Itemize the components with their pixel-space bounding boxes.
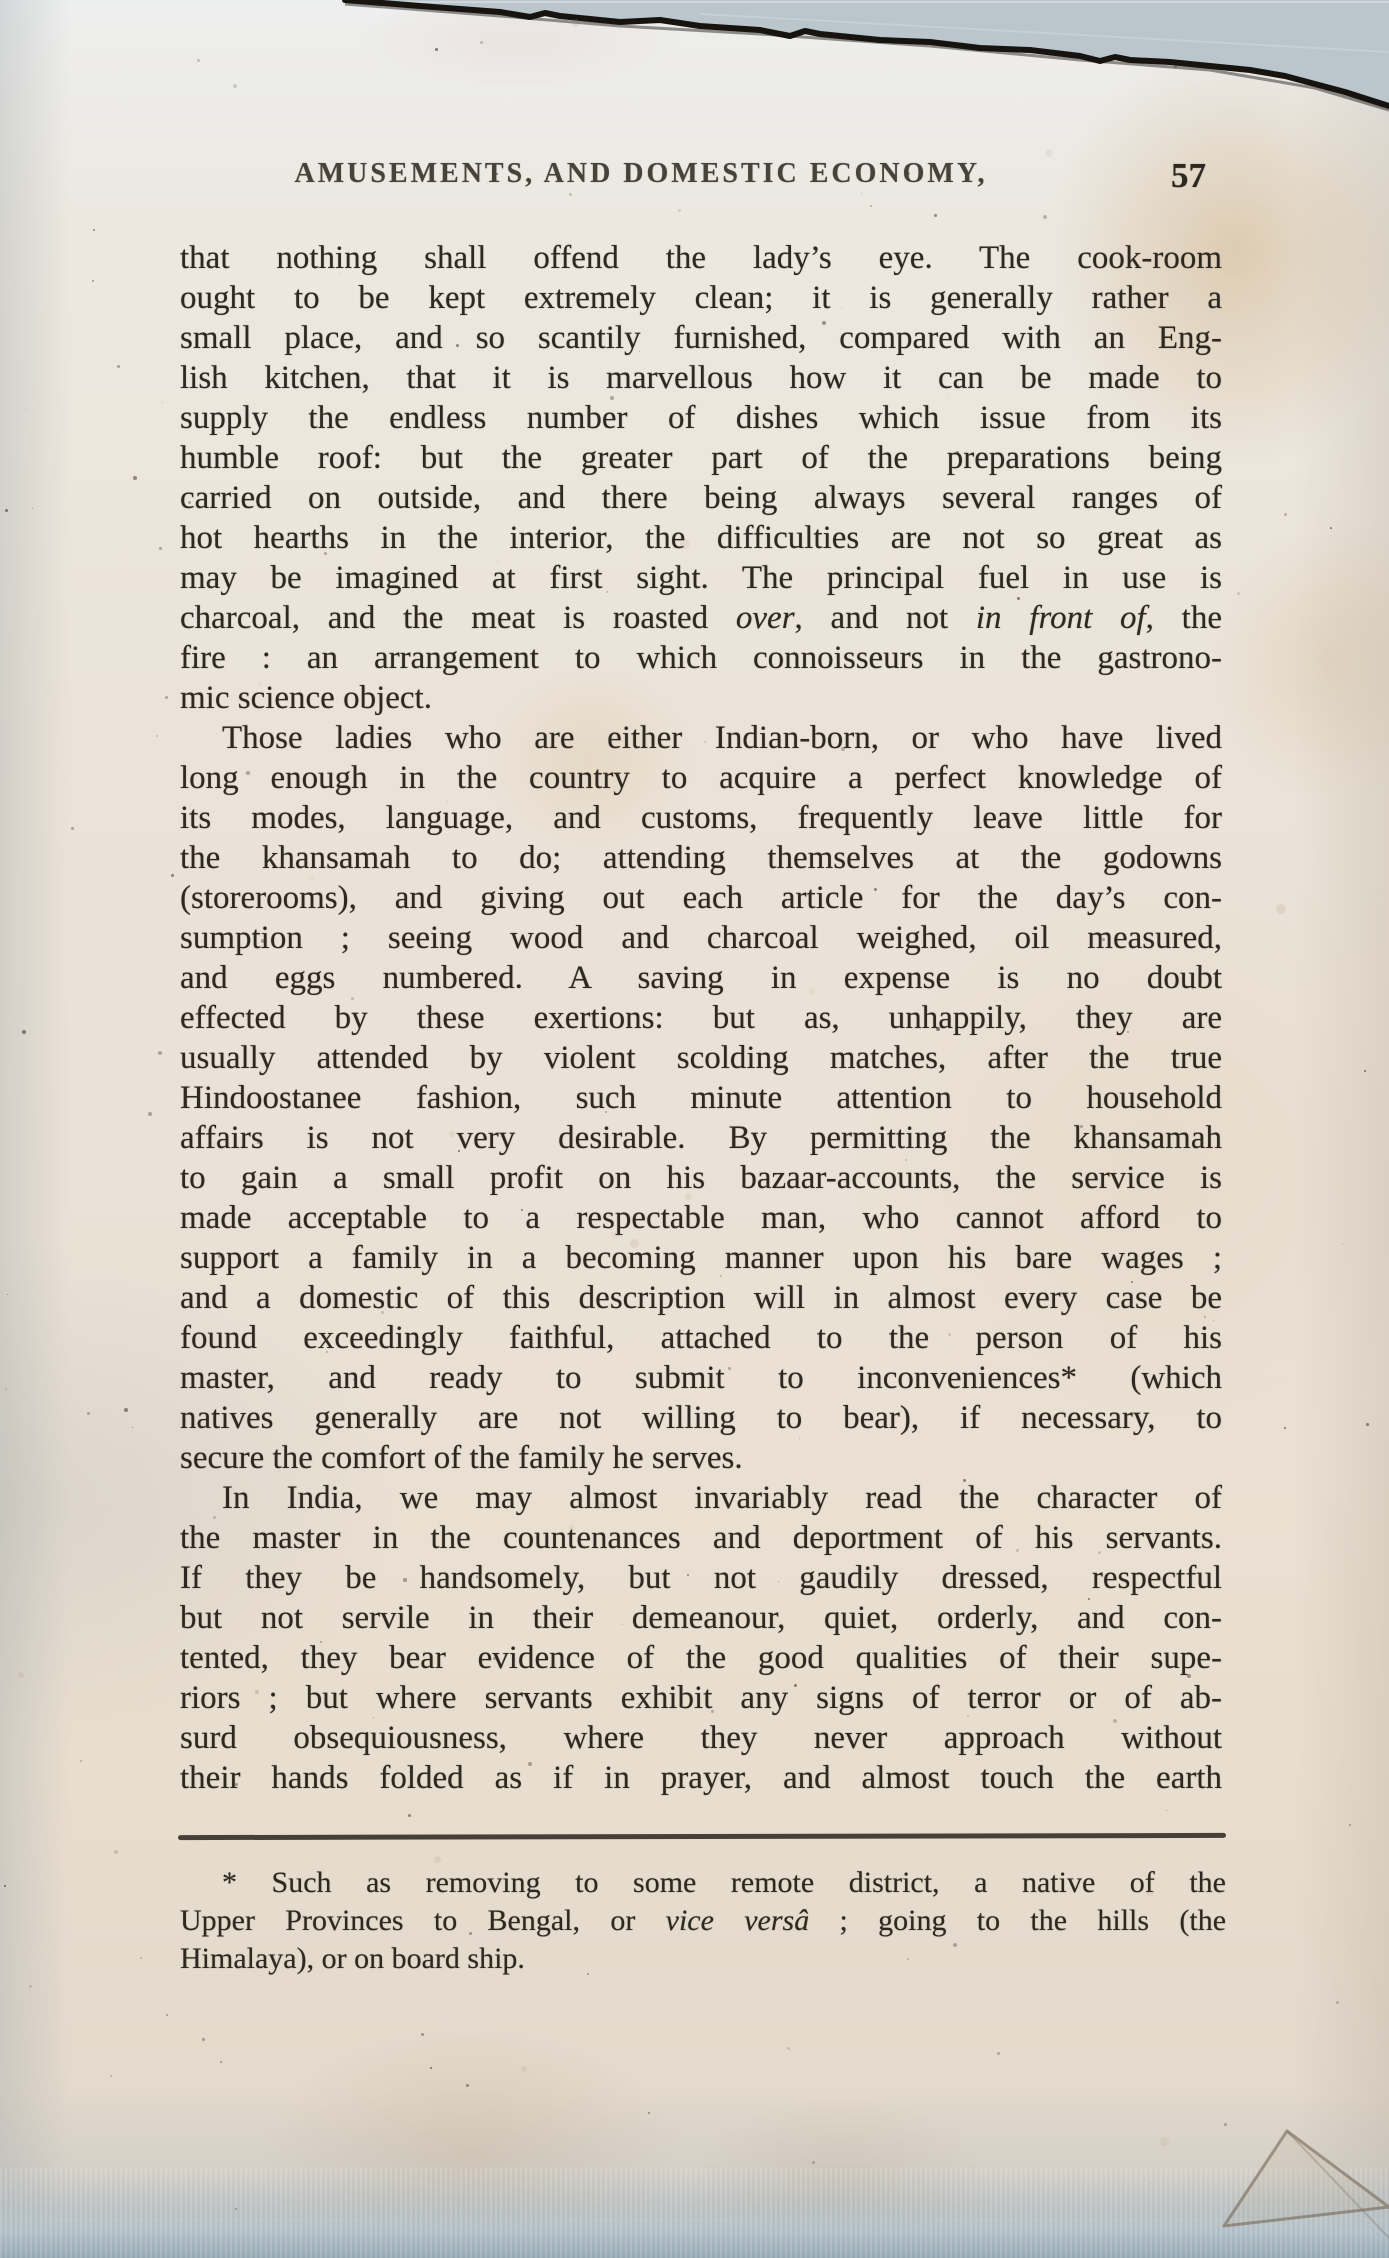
text-line: the master in the countenances and depor… — [180, 1518, 1222, 1558]
text-line: ought to be kept extremely clean; it is … — [180, 278, 1222, 318]
speck — [1174, 65, 1177, 68]
speck — [80, 1760, 82, 1762]
book-cloth-bottom — [0, 2168, 1389, 2258]
speck — [1349, 1824, 1351, 1826]
speck — [787, 2047, 790, 2050]
text-line: their hands folded as if in prayer, and … — [180, 1758, 1222, 1798]
speck — [117, 365, 120, 368]
paragraph-1: that nothing shall offend the lady’s eye… — [180, 238, 1222, 718]
speck — [408, 1814, 411, 1817]
speck — [1092, 55, 1093, 56]
speck — [430, 2067, 432, 2069]
text-line: If they be handsomely, but not gaudily d… — [180, 1558, 1222, 1598]
text-line: tented, they bear evidence of the good q… — [180, 1638, 1222, 1678]
speck — [466, 2084, 469, 2087]
speck — [1043, 215, 1047, 219]
speck — [5, 509, 8, 512]
speck — [124, 1408, 128, 1412]
speck — [220, 2061, 222, 2063]
speck — [71, 827, 74, 830]
text-line: fire : an arrangement to which connoisse… — [180, 638, 1222, 678]
text-line: usually attended by violent scolding mat… — [180, 1038, 1222, 1078]
text-line: natives generally are not willing to bea… — [180, 1398, 1222, 1438]
footnote-rule — [178, 1833, 1226, 1840]
speck — [202, 2038, 205, 2041]
speck — [1366, 1423, 1369, 1426]
speck — [132, 1427, 133, 1428]
speck — [166, 2014, 168, 2016]
text-line: but not servile in their demeanour, quie… — [180, 1598, 1222, 1638]
text-line: secure the comfort of the family he serv… — [180, 1438, 1222, 1478]
text-line: riors ; but where servants exhibit any s… — [180, 1678, 1222, 1718]
speck — [521, 2066, 527, 2072]
text-line: and eggs numbered. A saving in expense i… — [180, 958, 1222, 998]
speck — [572, 19, 580, 27]
paragraph-2: Those ladies who are either Indian-born,… — [180, 718, 1222, 1478]
text-line: affairs is not very desirable. By permit… — [180, 1118, 1222, 1158]
speck — [171, 874, 174, 877]
speck — [1045, 149, 1053, 157]
speck — [1284, 1427, 1286, 1429]
speck — [233, 84, 237, 88]
running-head: AMUSEMENTS, AND DOMESTIC ECONOMY, 57 — [180, 158, 1222, 202]
speck — [29, 1985, 32, 1988]
speck — [1276, 904, 1286, 914]
text-line: the khansamah to do; attending themselve… — [180, 838, 1222, 878]
speck — [435, 48, 438, 51]
text-line: In India, we may almost invariably read … — [180, 1478, 1222, 1518]
text-line: supply the endless number of dishes whic… — [180, 398, 1222, 438]
speck — [7, 1294, 8, 1295]
text-line: may be imagined at first sight. The prin… — [180, 558, 1222, 598]
speck — [1237, 592, 1240, 595]
text-line: sumption ; seeing wood and charcoal weig… — [180, 918, 1222, 958]
text-line: found exceedingly faithful, attached to … — [180, 1318, 1222, 1358]
speck — [110, 2075, 112, 2077]
speck — [434, 1856, 441, 1863]
text-line: made acceptable to a respectable man, wh… — [180, 1198, 1222, 1238]
page-number: 57 — [1171, 156, 1206, 196]
text-line: * Such as removing to some remote distri… — [180, 1864, 1226, 1902]
speck — [1364, 1070, 1366, 1072]
torn-edge-line — [345, 0, 1389, 106]
speck — [934, 214, 937, 217]
text-line: humble roof: but the greater part of the… — [180, 438, 1222, 478]
speck — [1330, 527, 1332, 529]
speck — [32, 508, 33, 509]
speck — [159, 547, 162, 550]
speck — [1166, 1810, 1167, 1811]
text-line: Hindoostanee fashion, such minute attent… — [180, 1078, 1222, 1118]
text-line: master, and ready to submit to inconveni… — [180, 1358, 1222, 1398]
speck — [870, 205, 872, 207]
speck — [133, 476, 137, 480]
text-line: (storerooms), and giving out each articl… — [180, 878, 1222, 918]
text-line: Those ladies who are either Indian-born,… — [180, 718, 1222, 758]
speck — [25, 409, 26, 410]
speck — [1342, 1243, 1343, 1244]
speck — [678, 209, 681, 212]
speck — [140, 1957, 142, 1959]
speck — [1284, 513, 1287, 516]
text-line: lish kitchen, that it is marvellous how … — [180, 358, 1222, 398]
speck — [93, 229, 95, 231]
speck — [92, 280, 94, 282]
text-line: that nothing shall offend the lady’s eye… — [180, 238, 1222, 278]
speck — [22, 1030, 26, 1034]
cloth-fill — [345, 0, 1389, 106]
speck — [165, 696, 168, 699]
text-line: to gain a small profit on his bazaar-acc… — [180, 1158, 1222, 1198]
speck — [87, 1412, 90, 1415]
text-line: charcoal, and the meat is roasted over, … — [180, 598, 1222, 638]
speck — [197, 59, 200, 62]
speck — [480, 41, 483, 44]
text-line: Himalaya), or on board ship. — [180, 1940, 1226, 1978]
speck — [5, 1388, 7, 1390]
text-line: Upper Provinces to Bengal, or vice versâ… — [180, 1902, 1226, 1940]
text-line: its modes, language, and customs, freque… — [180, 798, 1222, 838]
speck — [114, 1850, 118, 1854]
speck — [4, 1885, 6, 1887]
speck — [421, 2033, 424, 2036]
text-line: surd obsequiousness, where they never ap… — [180, 1718, 1222, 1758]
text-line: hot hearths in the interior, the difficu… — [180, 518, 1222, 558]
text-line: mic science object. — [180, 678, 1222, 718]
text-line: small place, and so scantily furnished, … — [180, 318, 1222, 358]
running-head-title: AMUSEMENTS, AND DOMESTIC ECONOMY, — [180, 158, 1102, 190]
footnote: * Such as removing to some remote distri… — [180, 1864, 1226, 1978]
text-line: support a family in a becoming manner up… — [180, 1238, 1222, 1278]
text-line: carried on outside, and there being alwa… — [180, 478, 1222, 518]
book-cloth-top — [0, 0, 1389, 130]
scanned-book-page: AMUSEMENTS, AND DOMESTIC ECONOMY, 57 tha… — [0, 0, 1389, 2258]
speck — [1336, 2001, 1339, 2004]
speck — [162, 402, 163, 403]
text-line: long enough in the country to acquire a … — [180, 758, 1222, 798]
text-line: effected by these exertions: but as, unh… — [180, 998, 1222, 1038]
speck — [158, 1051, 162, 1055]
text-line: and a domestic of this description will … — [180, 1278, 1222, 1318]
paragraph-3: In India, we may almost invariably read … — [180, 1478, 1222, 1798]
body-text: that nothing shall offend the lady’s eye… — [180, 238, 1222, 1798]
speck — [148, 1112, 152, 1116]
speck — [18, 1672, 24, 1678]
speck — [997, 2052, 1000, 2055]
speck — [156, 735, 158, 737]
